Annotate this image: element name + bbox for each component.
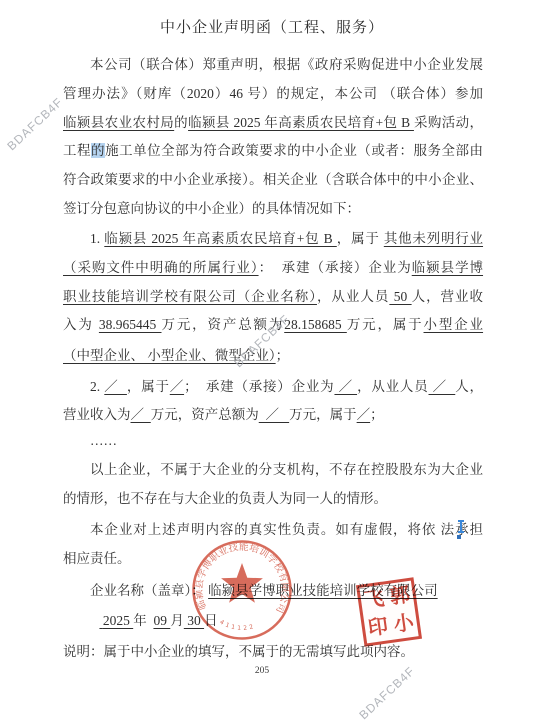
- text-segment: 营业收入为: [63, 407, 131, 422]
- cursor-handle: [457, 535, 461, 539]
- text-segment: ； 承建（承接）企业为: [184, 379, 334, 394]
- text-segment: 人，营业收: [412, 289, 483, 304]
- seal-char: 飞: [359, 584, 389, 615]
- text-segment: （采购文件中明确的所属行业）: [63, 260, 259, 275]
- document-line: （采购文件中明确的所属行业）： 承建（承接）企业为临颍县学博: [63, 257, 483, 278]
- personal-square-seal: 飞 郭 印 小: [356, 577, 422, 646]
- text-segment: 50: [389, 289, 411, 304]
- text-segment: ；: [370, 407, 384, 422]
- text-segment: 临颍县学博: [412, 260, 483, 275]
- text-segment: 以上企业，不属于大企业的分支机构，不存在控股股东为大企业: [90, 462, 483, 477]
- seal-char: 郭: [385, 581, 415, 612]
- text-cursor-icon: [457, 520, 465, 540]
- text-segment: 09: [153, 613, 170, 628]
- text-segment: 其他未列明行业: [384, 231, 483, 246]
- document-line: 符合政策要求的中小企业承接）。相关企业（含联合体中的中小企业、: [63, 169, 483, 190]
- text-segment: 年: [133, 613, 153, 628]
- text-segment: ，从业人员: [317, 289, 389, 304]
- text-segment: ，从业人员: [357, 379, 428, 394]
- document-line: 说明：属于中小企业的填写，不属于的无需填写此项内容。: [63, 641, 483, 662]
- star-icon: [221, 563, 263, 603]
- text-segment: ／: [131, 407, 151, 422]
- seal-number-text: 411122: [218, 619, 256, 632]
- text-segment: 万元，属于: [347, 317, 424, 332]
- text-segment: 入为: [63, 317, 99, 332]
- text-segment: 万元，属于: [289, 407, 357, 422]
- text-segment: 的情形，也不存在与大企业的负责人为同一人的情形。: [63, 491, 387, 506]
- company-round-seal: 临颍县学博职业技能培训学校有限公司 411122: [189, 537, 295, 643]
- seal-char: 小: [389, 608, 419, 639]
- text-segment: ： 承建（承接）企业为: [259, 260, 412, 275]
- text-segment: 万元，资产总额为: [151, 407, 259, 422]
- text-segment: 28.158685: [284, 317, 347, 332]
- text-segment: 2.: [90, 379, 104, 394]
- selection-highlight: 的: [91, 143, 105, 158]
- text-segment: ／: [334, 379, 357, 394]
- document-line: 临颍县农业农村局的临颍县 2025 年高素质农民培育+包 B 采购活动，: [63, 112, 483, 133]
- page-number: 205: [0, 666, 524, 676]
- text-segment: 工程: [63, 143, 91, 158]
- text-segment: 小型企业: [424, 317, 484, 332]
- text-segment: ／: [429, 379, 456, 394]
- text-segment: 职业技能培训学校有限公司（企业名称）: [63, 289, 317, 304]
- text-segment: ／: [170, 379, 184, 394]
- text-segment: 月: [170, 613, 184, 628]
- document-line: ……: [63, 430, 483, 451]
- document-line: （中型企业、 小型企业、微型企业）；: [63, 345, 483, 366]
- text-segment: 临颍县农业农村局: [63, 115, 174, 130]
- text-segment: ……: [90, 433, 117, 448]
- text-segment: 签订分包意向协议的中小企业）的具体情况如下：: [63, 201, 360, 216]
- text-segment: 本企业对上述声明内容的真实性负责。如有虚假，将依 法承担: [90, 522, 483, 537]
- document-line: 本公司（联合体）郑重声明，根据《政府采购促进中小企业发展: [63, 54, 483, 75]
- text-segment: 的: [174, 115, 188, 130]
- text-segment: 人，: [455, 379, 483, 394]
- document-line: 职业技能培训学校有限公司（企业名称），从业人员 50 人，营业收: [63, 286, 483, 307]
- text-segment: 1.: [90, 231, 104, 246]
- document-line: 签订分包意向协议的中小企业）的具体情况如下：: [63, 198, 483, 219]
- document-line: 工程的施工单位全部为符合政策要求的中小企业（或者：服务全部由: [63, 140, 483, 161]
- text-segment: ，属于: [337, 231, 384, 246]
- text-segment: ／: [104, 379, 127, 394]
- text-segment: ；: [276, 348, 290, 363]
- text-segment: 符合政策要求的中小企业承接）。相关企业（含联合体中的中小企业、: [63, 172, 483, 187]
- text-segment: ／: [357, 407, 371, 422]
- text-segment: 2025: [99, 613, 133, 628]
- text-segment: 临颍县 2025 年高素质农民培育+包 B: [188, 115, 414, 130]
- text-segment: 38.965445: [99, 317, 162, 332]
- text-segment: ，属于: [127, 379, 170, 394]
- text-segment: 施工单位全部为符合政策要求的中小企业（或者：服务全部由: [105, 143, 483, 158]
- document-line: 1. 临颍县 2025 年高素质农民培育+包 B ，属于 其他未列明行业: [63, 228, 483, 249]
- text-segment: ／: [259, 407, 289, 422]
- document-line: 以上企业，不属于大企业的分支机构，不存在控股股东为大企业: [63, 459, 483, 480]
- document-line: 的情形，也不存在与大企业的负责人为同一人的情形。: [63, 488, 483, 509]
- seal-char: 印: [363, 612, 393, 643]
- document-line: 营业收入为／ 万元，资产总额为 ／ 万元，属于／；: [63, 404, 483, 425]
- text-segment: 管理办法》（财库（2020）46 号）的规定，本公司 （联合体）参加: [63, 86, 483, 101]
- declaration-document-page: 中小企业声明函（工程、服务） 本公司（联合体）郑重声明，根据《政府采购促进中小企…: [0, 0, 544, 724]
- text-segment: 采购活动，: [414, 115, 483, 130]
- text-segment: 相应责任。: [63, 551, 131, 566]
- document-line: 管理办法》（财库（2020）46 号）的规定，本公司 （联合体）参加: [63, 83, 483, 104]
- document-line: 2. ／ ，属于／； 承建（承接）企业为 ／ ，从业人员 ／ 人，: [63, 376, 483, 397]
- text-segment: 本公司（联合体）郑重声明，根据《政府采购促进中小企业发展: [90, 57, 483, 72]
- text-segment: 说明：属于中小企业的填写，不属于的无需填写此项内容。: [63, 644, 414, 659]
- cursor-cap: [458, 531, 464, 533]
- text-segment: 临颍县 2025 年高素质农民培育+包 B: [104, 231, 336, 246]
